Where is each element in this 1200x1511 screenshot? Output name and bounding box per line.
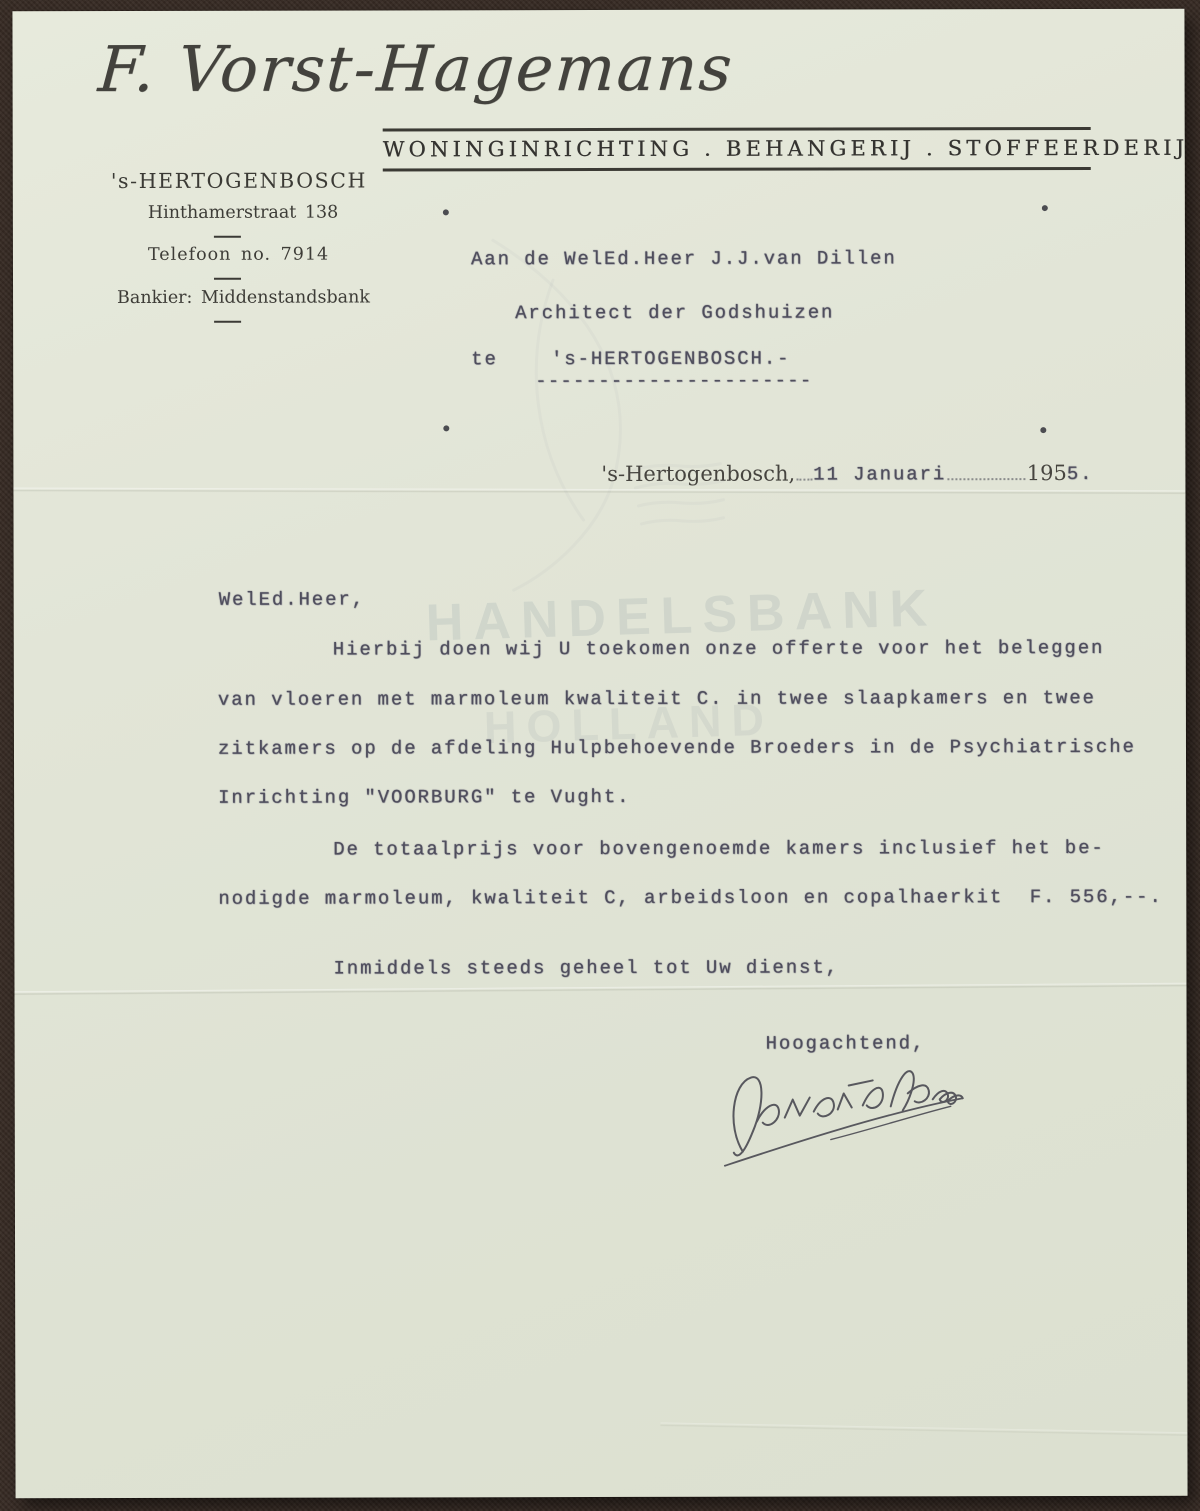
body-line: Inrichting "VOORBURG" te Vught. [218, 786, 630, 809]
recipient-underline: ---------------------- [535, 370, 812, 393]
letterhead-divider-1 [214, 236, 241, 238]
dateline-typed-date: 11 Januari [813, 463, 946, 485]
registration-dot-bottom-left [443, 425, 449, 431]
dateline-typed-year: 5. [1067, 463, 1094, 485]
recipient-city-line: te 's-HERTOGENBOSCH.- [471, 348, 790, 371]
registration-dot-top-right [1042, 205, 1048, 211]
body-line: zitkamers op de afdeling Hulpbehoevende … [218, 736, 1136, 760]
registration-dot-top-left [443, 209, 449, 215]
letterhead-bank: Bankier: Middenstandsbank [117, 287, 370, 308]
closing-line: Inmiddels steeds geheel tot Uw dienst, [333, 957, 839, 980]
body-line: De totaalprijs voor bovengenoemde kamers… [333, 837, 1105, 861]
handwritten-signature [713, 1053, 967, 1176]
recipient-name-line: Aan de WelEd.Heer J.J.van Dillen [471, 247, 897, 270]
body-line: nodigde marmoleum, kwaliteit C, arbeidsl… [218, 886, 1162, 910]
dotted-leader [796, 479, 812, 481]
letterhead-city: 's-HERTOGENBOSCH [111, 168, 367, 193]
dateline-printed-year: 195 [1027, 461, 1067, 485]
paper-crease [14, 983, 1186, 996]
letterhead-street: Hinthamerstraat 138 [148, 203, 338, 223]
valediction: Hoogachtend, [766, 1032, 926, 1054]
salutation: WelEd.Heer, [219, 588, 365, 610]
tagline-rules: WONINGINRICHTING . BEHANGERIJ . STOFFEER… [383, 127, 1091, 171]
company-name: F. Vorst-Hagemans [96, 32, 736, 106]
letterhead-phone: Telefoon no. 7914 [148, 245, 329, 265]
registration-dot-bottom-right [1040, 427, 1046, 433]
body-line: Hierbij doen wij U toekomen onze offerte… [333, 637, 1105, 661]
recipient-title-line: Architect der Godshuizen [515, 302, 834, 325]
letter-paper: HANDELSBANK HOLLAND F. Vorst-Hagemans WO… [12, 9, 1187, 1498]
letterhead-divider-3 [214, 321, 241, 323]
company-tagline: WONINGINRICHTING . BEHANGERIJ . STOFFEER… [383, 136, 1091, 161]
dateline: 's-Hertogenbosch, 11 Januari 195 5. [601, 461, 1093, 486]
body-line: van vloeren met marmoleum kwaliteit C. i… [218, 687, 1096, 711]
letterhead-divider-2 [214, 278, 241, 280]
pencil-smudge-marks [433, 220, 774, 601]
paper-crease [660, 1422, 1187, 1436]
dateline-place: 's-Hertogenbosch, [601, 462, 795, 486]
dotted-leader [947, 478, 1026, 480]
